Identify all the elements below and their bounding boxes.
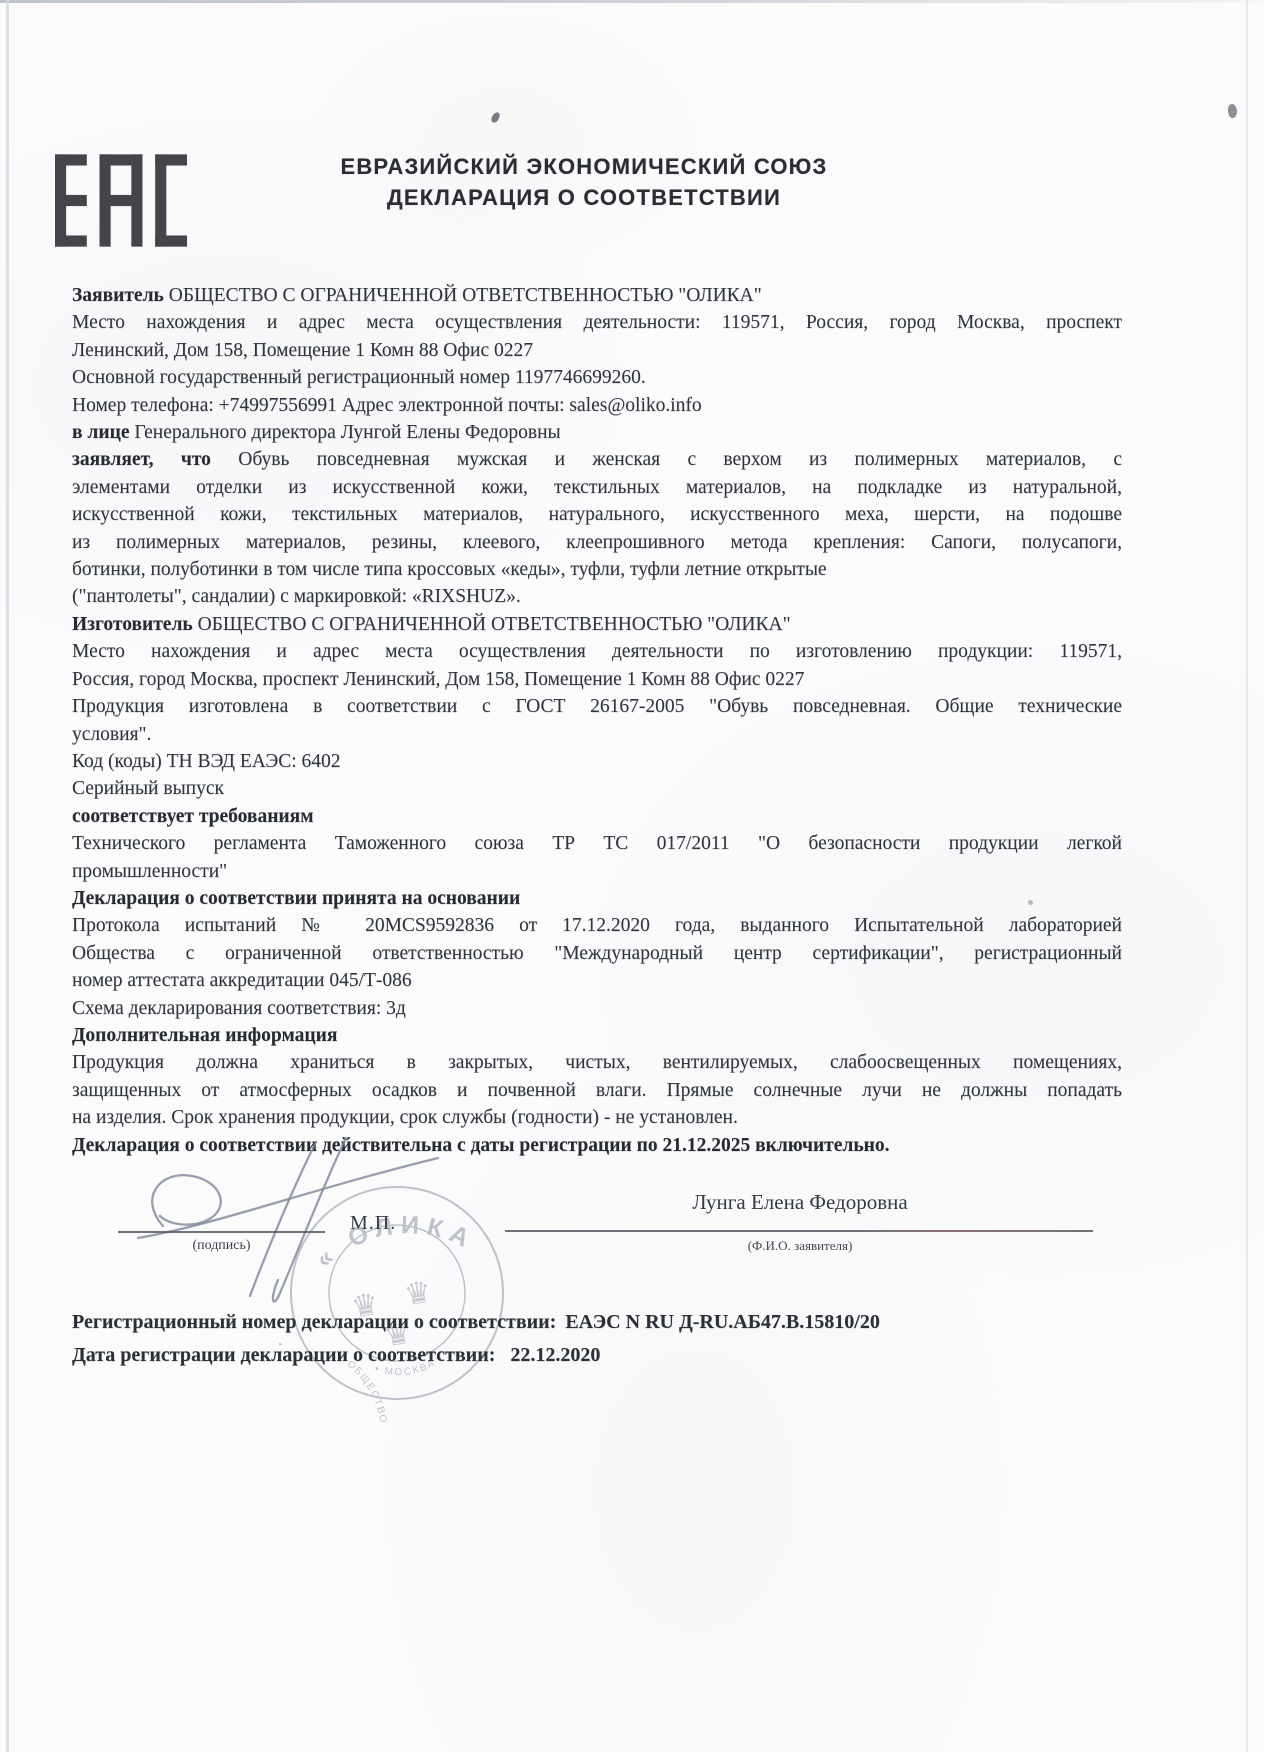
line-represented-by: в лице Генерального директора Лунгой Еле… xyxy=(72,419,1122,446)
lead: Дополнительная информация xyxy=(72,1025,337,1046)
text: Основной государственный регистрационный… xyxy=(72,367,646,388)
text: Обувь повседневная мужская и женская с в… xyxy=(211,449,1122,470)
line-address-1: Место нахождения и адрес места осуществл… xyxy=(72,309,1122,336)
text: Код (коды) ТН ВЭД ЕАЭС: 6402 xyxy=(72,751,341,772)
line-mfg-address-2: Россия, город Москва, проспект Ленинский… xyxy=(72,666,1122,693)
text: Технического регламента Таможенного союз… xyxy=(72,833,1122,854)
line-validity: Декларация о соответствии действительна … xyxy=(72,1132,1122,1159)
text: Схема декларирования соответствия: 3д xyxy=(72,998,406,1019)
line-phone-email: Номер телефона: +74997556991 Адрес элект… xyxy=(72,392,1122,419)
scan-speck xyxy=(490,111,501,124)
text: номер аттестата аккредитации 045/Т-086 xyxy=(72,970,412,991)
text: Россия, город Москва, проспект Ленинский… xyxy=(72,669,804,690)
line-gost-1: Продукция изготовлена в соответствии с Г… xyxy=(72,693,1122,720)
signature-line xyxy=(118,1231,325,1233)
text: Генерального директора Лунгой Елены Федо… xyxy=(129,422,560,443)
text: Номер телефона: +74997556991 Адрес элект… xyxy=(72,395,702,416)
line-declares-6: ("пантолеты", сандалии) с маркировкой: «… xyxy=(72,583,1122,610)
line-address-2: Ленинский, Дом 158, Помещение 1 Комн 88 … xyxy=(72,337,1122,364)
text: из полимерных материалов, резины, клеево… xyxy=(72,532,1122,553)
text: Общества с ограниченной ответственностью… xyxy=(72,943,1122,964)
line-applicant: Заявитель ОБЩЕСТВО С ОГРАНИЧЕННОЙ ОТВЕТС… xyxy=(72,282,1122,309)
registration-number-value: ЕАЭС N RU Д-RU.АБ47.В.15810/20 xyxy=(565,1311,880,1333)
text: условия". xyxy=(72,724,151,745)
line-protocol-2: Общества с ограниченной ответственностью… xyxy=(72,940,1122,967)
lead: в лице xyxy=(72,422,129,443)
header-union-title: ЕВРАЗИЙСКИЙ ЭКОНОМИЧЕСКИЙ СОЮЗ xyxy=(0,151,1168,182)
line-declares-5: ботинки, полуботинки в том числе типа кр… xyxy=(72,556,1122,583)
line-mfg-address-1: Место нахождения и адрес места осуществл… xyxy=(72,638,1122,665)
text: Ленинский, Дом 158, Помещение 1 Комн 88 … xyxy=(72,340,533,361)
text: элементами отделки из искусственной кожи… xyxy=(72,477,1122,498)
text: Место нахождения и адрес места осуществл… xyxy=(72,312,1122,333)
line-protocol-1: Протокола испытаний № 20MCS9592836 от 17… xyxy=(72,912,1122,939)
line-manufacturer: Изготовитель ОБЩЕСТВО С ОГРАНИЧЕННОЙ ОТВ… xyxy=(72,611,1122,638)
document-header: ЕВРАЗИЙСКИЙ ЭКОНОМИЧЕСКИЙ СОЮЗ ДЕКЛАРАЦИ… xyxy=(0,151,1168,213)
line-storage-2: защищенных от атмосферных осадков и почв… xyxy=(72,1077,1122,1104)
registration-number-line: Регистрационный номер декларации о соотв… xyxy=(72,1306,1172,1339)
line-protocol-3: номер аттестата аккредитации 045/Т-086 xyxy=(72,967,1122,994)
applicant-name-line xyxy=(505,1230,1093,1232)
stamp-place-label: М.П. xyxy=(350,1212,396,1235)
line-ogrn: Основной государственный регистрационный… xyxy=(72,364,1122,391)
text: Место нахождения и адрес места осуществл… xyxy=(72,641,1122,662)
line-storage-3: на изделия. Срок хранения продукции, сро… xyxy=(72,1104,1122,1131)
line-declares-2: элементами отделки из искусственной кожи… xyxy=(72,474,1122,501)
text: ОБЩЕСТВО С ОГРАНИЧЕННОЙ ОТВЕТСТВЕННОСТЬЮ… xyxy=(193,614,791,635)
scanned-declaration-document: ЕВРАЗИЙСКИЙ ЭКОНОМИЧЕСКИЙ СОЮЗ ДЕКЛАРАЦИ… xyxy=(0,0,1264,1752)
line-basis-heading: Декларация о соответствии принята на осн… xyxy=(72,885,1122,912)
text: защищенных от атмосферных осадков и почв… xyxy=(72,1080,1122,1101)
applicant-name-caption: (Ф.И.О. заявителя) xyxy=(500,1238,1100,1254)
lead: Декларация о соответствии принята на осн… xyxy=(72,888,520,909)
header-declaration-title: ДЕКЛАРАЦИЯ О СООТВЕТСТВИИ xyxy=(0,182,1168,213)
line-storage-1: Продукция должна храниться в закрытых, ч… xyxy=(72,1049,1122,1076)
signature-caption: (подпись) xyxy=(118,1238,325,1254)
text: на изделия. Срок хранения продукции, сро… xyxy=(72,1107,738,1128)
registration-date-line: Дата регистрации декларации о соответств… xyxy=(72,1339,1172,1372)
lead: Изготовитель xyxy=(72,614,193,635)
line-declares-3: искусственной кожи, текстильных материал… xyxy=(72,501,1122,528)
registration-number-label: Регистрационный номер декларации о соотв… xyxy=(72,1311,556,1333)
text: Протокола испытаний № 20MCS9592836 от 17… xyxy=(72,915,1122,936)
line-declares-1: заявляет, что Обувь повседневная мужская… xyxy=(72,446,1122,473)
applicant-name: Лунга Елена Федоровна xyxy=(500,1190,1100,1215)
line-serial: Серийный выпуск xyxy=(72,775,1122,802)
scan-edge-artifact xyxy=(1246,0,1248,1752)
lead: заявляет, что xyxy=(72,449,211,470)
text: ОБЩЕСТВО С ОГРАНИЧЕННОЙ ОТВЕТСТВЕННОСТЬЮ… xyxy=(164,285,762,306)
lead: Заявитель xyxy=(72,285,164,306)
line-regulation-2: промышленности" xyxy=(72,858,1122,885)
registration-info: Регистрационный номер декларации о соотв… xyxy=(72,1306,1172,1372)
text: ("пантолеты", сандалии) с маркировкой: «… xyxy=(72,586,521,607)
line-meets-heading: соответствует требованиям xyxy=(72,803,1122,830)
line-gost-2: условия". xyxy=(72,721,1122,748)
text: искусственной кожи, текстильных материал… xyxy=(72,504,1122,525)
scan-speck xyxy=(1227,103,1239,119)
text: Продукция должна храниться в закрытых, ч… xyxy=(72,1052,1122,1073)
text: Продукция изготовлена в соответствии с Г… xyxy=(72,696,1122,717)
line-declares-4: из полимерных материалов, резины, клеево… xyxy=(72,529,1122,556)
lead: соответствует требованиям xyxy=(72,806,314,827)
registration-date-value: 22.12.2020 xyxy=(510,1344,600,1366)
text: ботинки, полуботинки в том числе типа кр… xyxy=(72,559,827,580)
scan-edge-artifact xyxy=(6,0,9,1752)
text: Серийный выпуск xyxy=(72,778,224,799)
line-tnved-code: Код (коды) ТН ВЭД ЕАЭС: 6402 xyxy=(72,748,1122,775)
lead: Декларация о соответствии действительна … xyxy=(72,1135,890,1156)
registration-date-label: Дата регистрации декларации о соответств… xyxy=(72,1344,495,1366)
company-stamp: ОБЩЕСТВО С ОГРАНИЧЕННОЙ ОТВЕТСТВЕННОСТЬЮ… xyxy=(252,1148,542,1438)
declaration-body: Заявитель ОБЩЕСТВО С ОГРАНИЧЕННОЙ ОТВЕТС… xyxy=(72,282,1122,1159)
text: промышленности" xyxy=(72,861,227,882)
line-regulation-1: Технического регламента Таможенного союз… xyxy=(72,830,1122,857)
line-scheme: Схема декларирования соответствия: 3д xyxy=(72,995,1122,1022)
line-extra-heading: Дополнительная информация xyxy=(72,1022,1122,1049)
scan-edge-artifact xyxy=(0,0,1264,3)
